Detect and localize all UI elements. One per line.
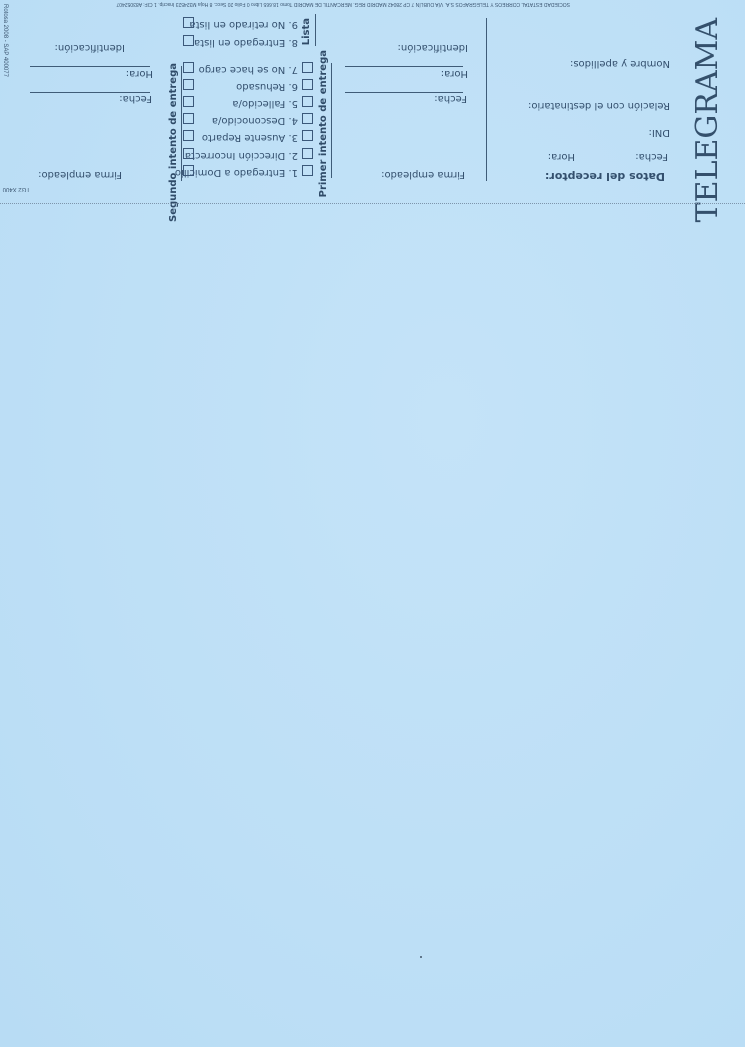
second-attempt-checkbox[interactable] [183, 130, 194, 141]
first-firma-label: Firma empleado: [393, 168, 465, 180]
divider-receptor [486, 18, 487, 181]
primer-intento-heading: Primer intento de entrega [318, 50, 329, 197]
delivery-option-label: 5. Fallecido/a [200, 97, 298, 109]
receptor-heading: Datos del receptor: [575, 170, 665, 182]
receptor-hora-label: Hora: [545, 150, 575, 162]
second-attempt-checkbox[interactable] [183, 148, 194, 159]
delivery-option-label: 7. No se hace cargo [200, 63, 298, 75]
first-attempt-checkbox[interactable] [302, 96, 313, 107]
list-option-label: 9. No retirado en lista [200, 18, 298, 30]
first-attempt-checkbox[interactable] [302, 165, 313, 176]
second-fecha-label: Fecha: [122, 92, 152, 104]
first-hora-label: Hora: [440, 67, 468, 79]
segundo-intento-heading: Segundo intento de entrega [168, 63, 179, 222]
list-option-label: 8. Entregado en lista [200, 36, 298, 48]
second-attempt-checkbox[interactable] [183, 79, 194, 90]
receptor-dni-label: DNI: [645, 126, 670, 138]
telegram-title: TELEGRAMA [693, 18, 723, 222]
first-fecha-line [345, 92, 463, 93]
first-attempt-checkbox[interactable] [302, 130, 313, 141]
first-fecha-label: Fecha: [437, 92, 467, 104]
first-attempt-checkbox[interactable] [302, 148, 313, 159]
segundo-intento-rule [181, 66, 182, 181]
second-fecha-line [30, 92, 150, 93]
first-hora-line [345, 66, 463, 67]
second-hora-line [30, 66, 150, 67]
delivery-option-label: 3. Ausente Reparto [200, 131, 298, 143]
delivery-option-label: 2. Dirección Incorrecta [200, 149, 298, 161]
first-attempt-checkbox[interactable] [302, 113, 313, 124]
lista-heading: Lista [301, 18, 312, 45]
first-identificacion-label: Identificación: [403, 41, 468, 53]
delivery-option-label: 6. Rehusado [200, 80, 298, 92]
second-attempt-checkbox[interactable] [183, 165, 194, 176]
second-attempt-checkbox[interactable] [183, 96, 194, 107]
second-attempt-checkbox[interactable] [183, 113, 194, 124]
lista-rule [315, 14, 316, 46]
receptor-relacion-label: Relación con el destinatario: [545, 99, 670, 111]
company-legal-line: SOCIEDAD ESTATAL CORREOS Y TELEGRAFOS S.… [150, 1, 570, 7]
form-code: TG2 X400 [2, 186, 30, 192]
receptor-nombre-label: Nombre y apellidos: [578, 57, 670, 69]
delivery-option-label: 1. Entregado a Domicilio [200, 166, 298, 178]
second-hora-label: Hora: [125, 67, 153, 79]
list-option-checkbox[interactable] [183, 17, 194, 28]
printer-code: Rotosa 2008 - SAP 400077 [2, 4, 8, 77]
delivery-option-label: 4. Desconocido/a [200, 114, 298, 126]
primer-intento-rule [331, 63, 332, 178]
receptor-fecha-label: Fecha: [638, 150, 668, 162]
first-attempt-checkbox[interactable] [302, 62, 313, 73]
second-attempt-checkbox[interactable] [183, 62, 194, 73]
first-attempt-checkbox[interactable] [302, 79, 313, 90]
perforation-line [0, 203, 745, 204]
telegram-form-sheet: SOCIEDAD ESTATAL CORREOS Y TELEGRAFOS S.… [0, 0, 745, 1047]
second-identificacion-label: Identificación: [60, 41, 125, 53]
paper-speck [420, 956, 422, 958]
list-option-checkbox[interactable] [183, 35, 194, 46]
second-firma-label: Firma empleado: [50, 168, 122, 180]
